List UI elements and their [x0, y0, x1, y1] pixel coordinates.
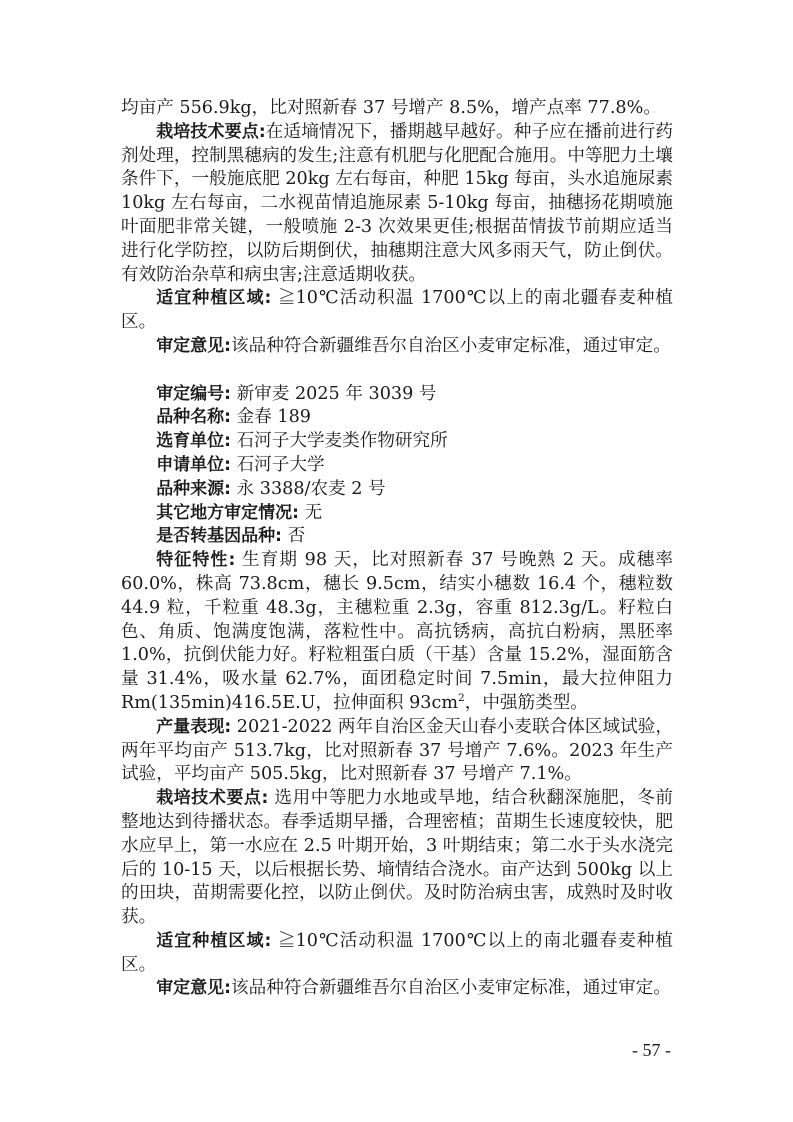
field-value: 金春 189 — [231, 407, 311, 427]
region-paragraph: 适宜种植区域: ≧10℃活动积温 1700℃以上的南北疆春麦种植区。 — [121, 930, 673, 978]
traits-paragraph: 特征特性: 生育期 98 天，比对照新春 37 号晚熟 2 天。成穗率 60.0… — [121, 549, 673, 716]
field-other-approvals: 其它地方审定情况: 无 — [121, 502, 673, 526]
field-value: 新审麦 2025 年 3039 号 — [231, 384, 436, 404]
page-number: - 57 - — [632, 1040, 671, 1061]
field-label: 申请单位: — [156, 455, 231, 475]
prev-region-label: 适宜种植区域: — [156, 288, 271, 308]
field-source: 品种来源: 永 3388/农麦 2 号 — [121, 478, 673, 502]
yield-paragraph: 产量表现: 2021-2022 两年自治区金天山春小麦联合体区域试验，两年平均亩… — [121, 716, 673, 787]
field-breeding-unit: 选育单位: 石河子大学麦类作物研究所 — [121, 430, 673, 454]
prev-cultivation-text: 在适墒情况下，播期越早越好。种子应在播前进行药剂处理，控制黑穗病的发生;注意有机… — [121, 122, 673, 285]
traits-superscript: 2 — [458, 692, 465, 704]
field-label: 品种来源: — [156, 479, 231, 499]
prev-cultivation-paragraph: 栽培技术要点:在适墒情况下，播期越早越好。种子应在播前进行药剂处理，控制黑穗病的… — [121, 121, 673, 288]
field-label: 其它地方审定情况: — [156, 503, 299, 523]
field-label: 是否转基因品种: — [156, 526, 282, 546]
field-value: 石河子大学 — [231, 455, 325, 475]
yield-label: 产量表现: — [156, 717, 231, 737]
field-value: 石河子大学麦类作物研究所 — [231, 431, 448, 451]
prev-region-paragraph: 适宜种植区域: ≧10℃活动积温 1700℃以上的南北疆春麦种植区。 — [121, 287, 673, 335]
field-label: 选育单位: — [156, 431, 231, 451]
continuation-text: 均亩产 556.9kg，比对照新春 37 号增产 8.5%，增产点率 77.8%… — [121, 98, 661, 118]
cultivation-paragraph: 栽培技术要点: 选用中等肥力水地或旱地，结合秋翻深施肥，冬前整地达到待播状态。春… — [121, 787, 673, 930]
field-gmo: 是否转基因品种: 否 — [121, 525, 673, 549]
field-variety-name: 品种名称: 金春 189 — [121, 406, 673, 430]
continuation-paragraph: 均亩产 556.9kg，比对照新春 37 号增产 8.5%，增产点率 77.8%… — [121, 97, 673, 121]
opinion-text: 该品种符合新疆维吾尔自治区小麦审定标准，通过审定。 — [231, 978, 671, 998]
field-applicant: 申请单位: 石河子大学 — [121, 454, 673, 478]
prev-opinion-text: 该品种符合新疆维吾尔自治区小麦审定标准，通过审定。 — [231, 336, 671, 356]
region-label: 适宜种植区域: — [156, 931, 271, 951]
opinion-paragraph: 审定意见:该品种符合新疆维吾尔自治区小麦审定标准，通过审定。 — [121, 977, 673, 1001]
field-value: 否 — [282, 526, 305, 546]
section-spacer — [121, 359, 673, 383]
traits-label: 特征特性: — [156, 550, 235, 570]
field-value: 无 — [299, 503, 322, 523]
field-approval-number: 审定编号: 新审麦 2025 年 3039 号 — [121, 383, 673, 407]
field-label: 审定编号: — [156, 384, 231, 404]
cultivation-text: 选用中等肥力水地或旱地，结合秋翻深施肥，冬前整地达到待播状态。春季适期早播，合理… — [121, 788, 673, 927]
prev-opinion-paragraph: 审定意见:该品种符合新疆维吾尔自治区小麦审定标准，通过审定。 — [121, 335, 673, 359]
prev-opinion-label: 审定意见: — [156, 336, 231, 356]
field-label: 品种名称: — [156, 407, 231, 427]
prev-cultivation-label: 栽培技术要点: — [156, 122, 266, 142]
traits-tail: ，中强筋类型。 — [465, 693, 588, 713]
opinion-label: 审定意见: — [156, 978, 231, 998]
document-page: 均亩产 556.9kg，比对照新春 37 号增产 8.5%，增产点率 77.8%… — [121, 97, 673, 1001]
traits-text: 生育期 98 天，比对照新春 37 号晚熟 2 天。成穗率 60.0%，株高 7… — [121, 550, 673, 713]
field-value: 永 3388/农麦 2 号 — [231, 479, 386, 499]
cultivation-label: 栽培技术要点: — [156, 788, 268, 808]
